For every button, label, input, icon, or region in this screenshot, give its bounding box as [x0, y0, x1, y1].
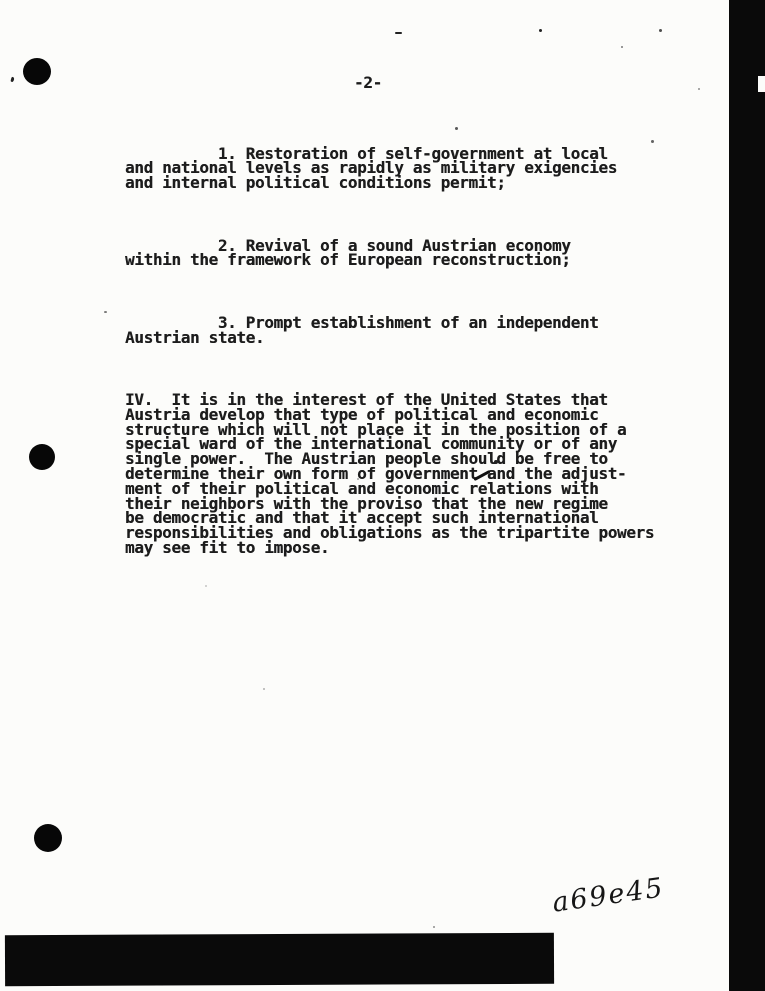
- scan-speck: [698, 88, 700, 90]
- page-number: -2-: [354, 76, 382, 91]
- numbered-item-1: 1. Restoration of self-government at loc…: [125, 147, 654, 191]
- scan-speck: [494, 460, 498, 464]
- scan-speck: [539, 29, 542, 32]
- numbered-item-2: 2. Revival of a sound Austrian economy w…: [125, 239, 654, 269]
- scan-speck: [433, 926, 435, 928]
- scan-speck: [455, 127, 458, 130]
- scan-speck: [10, 77, 14, 83]
- scan-speck: [659, 29, 662, 32]
- scan-speck: [104, 311, 107, 313]
- scan-speck: [263, 688, 265, 690]
- scan-speck: [651, 140, 654, 143]
- bottom-black-bar: [5, 933, 554, 986]
- section-iv-paragraph: IV. It is in the interest of the United …: [125, 393, 654, 556]
- scan-speck: [387, 434, 389, 436]
- document-body: 1. Restoration of self-government at loc…: [125, 117, 654, 603]
- scanned-document-page: -2- 1. Restoration of self-government at…: [0, 0, 765, 991]
- punch-hole-top: [23, 58, 51, 85]
- scan-speck: [395, 32, 402, 34]
- punch-hole-bottom: [34, 824, 62, 852]
- punch-hole-middle: [29, 444, 55, 470]
- scan-speck: [205, 585, 207, 587]
- edge-strip-notch: [758, 76, 765, 92]
- right-edge-black-strip: [729, 0, 765, 991]
- scan-speck: [621, 46, 623, 48]
- numbered-item-3: 3. Prompt establishment of an independen…: [125, 316, 654, 346]
- scan-speck: [357, 478, 359, 480]
- handwritten-annotation: a69e45: [550, 872, 666, 918]
